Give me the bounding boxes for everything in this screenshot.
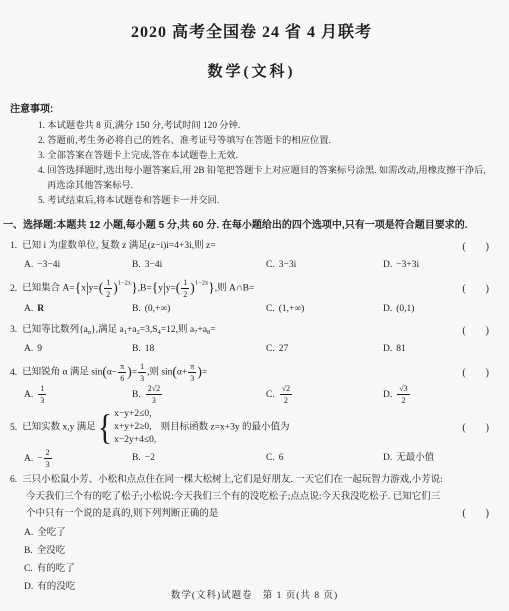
math-text: = <box>202 368 207 378</box>
math-text: = <box>210 325 215 335</box>
math-fraction: 12 <box>104 278 112 299</box>
math-text: 全吃了 <box>37 528 66 538</box>
math-fraction: 12 <box>181 278 189 299</box>
option: B.2√23 <box>132 384 266 405</box>
option-content: (0,1) <box>396 304 414 314</box>
math-text: α− <box>107 368 117 378</box>
bracket-close: ) <box>486 238 489 255</box>
bracket-close: ) <box>486 419 489 436</box>
exam-paper-page: 2020 高考全国卷 24 省 4 月联考 数学(文科) 注意事项: 1. 本试… <box>0 0 509 611</box>
option-label: B. <box>132 304 141 314</box>
fraction-numerator: √3 <box>397 384 409 395</box>
question: 4.已知锐角 α 满足 sin(α−π6)=13,则 sin(α+π3)=()A… <box>10 362 493 405</box>
math-text: =12,则 a <box>161 325 194 335</box>
option: B.−2 <box>132 449 266 468</box>
fraction-numerator: π <box>188 362 196 373</box>
option-content: 2√23 <box>145 390 163 400</box>
fraction-numerator: 1 <box>181 278 189 289</box>
bracket-open: ( <box>462 505 465 522</box>
option-content: 有的吃了 <box>37 564 75 574</box>
math-text-bold: R <box>37 304 44 314</box>
math-text: = <box>132 368 137 378</box>
option-content: 全没吃 <box>37 546 66 556</box>
option-row: A.全吃了B.全没吃C.有的吃了D.有的没吃 <box>10 524 493 596</box>
fraction-numerator: 1 <box>104 278 112 289</box>
question: 5.已知实数 x,y 满足{x−y+2≤0,x+y+2≥0,x−2y+4≤0, … <box>10 408 493 469</box>
option-content: −3−4i <box>37 260 60 270</box>
bracket-open: ( <box>462 419 465 436</box>
fraction-numerator: π <box>118 362 126 373</box>
math-text: −2 <box>145 453 155 463</box>
fraction-denominator: 2 <box>183 289 187 299</box>
fraction-numerator: √2 <box>280 384 292 395</box>
bracket-open: ( <box>462 322 465 339</box>
question-stem: 2.已知集合 A={x|y=(12)1−2x},B={y|y=(12)1−2x}… <box>10 278 493 299</box>
option-label: B. <box>132 260 141 270</box>
math-text: ,则 A∩B= <box>215 284 255 294</box>
math-text: 18 <box>145 344 155 354</box>
option: B.全没吃 <box>24 542 270 560</box>
option-label: C. <box>266 453 275 463</box>
math-text: },满足 a <box>91 325 124 335</box>
math-text: (0,+∞) <box>145 304 171 314</box>
fraction-denominator: 3 <box>140 373 144 383</box>
math-text: y= <box>89 284 99 294</box>
notice-item: 3. 全部答案在答题卡上完成,答在本试题卷上无效. <box>10 149 493 164</box>
option: A.全吃了 <box>24 524 270 542</box>
math-cases: {x−y+2≤0,x+y+2≥0,x−2y+4≤0, <box>98 408 156 447</box>
math-fraction: π3 <box>188 362 196 383</box>
question-number: 3. <box>10 325 17 335</box>
question-number: 6. <box>10 475 17 485</box>
option-content: √32 <box>396 390 410 400</box>
option: C.3−3i <box>266 256 383 275</box>
question-stem: 3.已知等比数列{an},满足 a1+a2=3,S4=12,则 a7+a8=() <box>10 322 493 339</box>
option-content: 全吃了 <box>37 528 66 538</box>
math-text: 81 <box>396 344 406 354</box>
option: D.√32 <box>383 384 493 405</box>
notice-item: 5. 考试结束后,将本试题卷和答题卡一并交回. <box>10 194 493 209</box>
option-label: A. <box>24 304 33 314</box>
bracket-open: ( <box>462 280 465 297</box>
option: D.无最小值 <box>383 449 493 468</box>
option-content: −2 <box>145 453 155 463</box>
option: B.(0,+∞) <box>132 300 266 319</box>
math-delimiter: ( <box>176 280 181 295</box>
question-number: 5. <box>10 423 17 433</box>
page-footer: 数学(文科)试题卷 第 1 页(共 8 页) <box>0 587 509 601</box>
math-text: α+ <box>177 368 187 378</box>
option: B.3−4i <box>132 256 266 275</box>
option-row: A.−23B.−2C.6D.无最小值 <box>10 448 493 469</box>
option-label: D. <box>383 390 392 400</box>
math-text: (0,1) <box>396 304 414 314</box>
math-text: +a <box>127 325 137 335</box>
option-content: 6 <box>279 453 284 463</box>
answer-bracket: () <box>462 364 489 381</box>
fraction-numerator: 2√2 <box>146 384 162 395</box>
option-content: 3−3i <box>279 260 297 270</box>
option-label: A. <box>24 528 33 538</box>
option: C.6 <box>266 449 383 468</box>
fraction-denominator: 2 <box>106 289 110 299</box>
option: C.有的吃了 <box>24 560 270 578</box>
option: B.18 <box>132 340 266 359</box>
notice-item: 1. 本试题卷共 8 页,满分 150 分,考试时间 120 分钟. <box>10 119 493 134</box>
fraction-numerator: 2 <box>44 448 52 459</box>
cases-lines: x−y+2≤0,x+y+2≥0,x−2y+4≤0, <box>114 408 156 447</box>
math-delimiter: ( <box>99 280 104 295</box>
fraction-numerator: 1 <box>38 384 46 395</box>
math-text: 则目标函数 z=x+3y 的最小值为 <box>158 423 289 433</box>
option-content: 13 <box>37 390 47 400</box>
notice-item: 2. 答题前,考生务必将自己的姓名、准考证号等填写在答题卡的相应位置. <box>10 134 493 149</box>
cases-line: x−y+2≤0, <box>114 408 156 421</box>
fraction-denominator: 2 <box>401 395 405 405</box>
option-label: C. <box>266 344 275 354</box>
option-row: A.9B.18C.27D.81 <box>10 340 493 359</box>
math-superscript: 1−2x <box>118 280 131 287</box>
math-text: 三只小松鼠小芳、小松和点点住在同一棵大松树上,它们是好朋友. 一天它们在一起玩智… <box>22 475 443 519</box>
notice-list: 1. 本试题卷共 8 页,满分 150 分,考试时间 120 分钟.2. 答题前… <box>10 119 493 209</box>
math-fraction: 23 <box>44 448 52 469</box>
fraction-denominator: 3 <box>46 459 50 469</box>
math-text: 已知锐角 α 满足 sin <box>22 368 102 378</box>
exam-title: 2020 高考全国卷 24 省 4 月联考 <box>10 19 493 42</box>
math-text: 3−4i <box>145 260 163 270</box>
option: C.(1,+∞) <box>266 300 383 319</box>
fraction-denominator: 3 <box>40 395 44 405</box>
math-fraction: √22 <box>280 384 292 405</box>
option-content: 18 <box>145 344 155 354</box>
option-content: √22 <box>279 390 293 400</box>
section-heading: 一、选择题:本题共 12 小题,每小题 5 分,共 60 分. 在每小题给出的四… <box>3 218 493 234</box>
option-content: (1,+∞) <box>279 304 305 314</box>
fraction-denominator: 3 <box>190 373 194 383</box>
question-stem: 1.已知 i 为虚数单位, 复数 z 满足(z−i)i=4+3i,则 z=() <box>10 238 493 255</box>
fraction-denominator: 6 <box>120 373 124 383</box>
question: 2.已知集合 A={x|y=(12)1−2x},B={y|y=(12)1−2x}… <box>10 278 493 319</box>
option: C.27 <box>266 340 383 359</box>
math-fraction: 13 <box>138 362 146 383</box>
option-label: B. <box>132 390 141 400</box>
question-number: 1. <box>10 241 17 251</box>
answer-bracket: () <box>462 322 489 339</box>
fraction-denominator: 2 <box>284 395 288 405</box>
option-content: (0,+∞) <box>145 304 171 314</box>
math-text: 无最小值 <box>396 453 434 463</box>
question: 6.三只小松鼠小芳、小松和点点住在同一棵大松树上,它们是好朋友. 一天它们在一起… <box>10 472 493 596</box>
math-text: =3,S <box>140 325 158 335</box>
question-stem: 4.已知锐角 α 满足 sin(α−π6)=13,则 sin(α+π3)=() <box>10 362 493 383</box>
answer-bracket: () <box>462 505 489 522</box>
cases-line: x−2y+4≤0, <box>114 434 156 447</box>
math-text: −3−4i <box>37 260 60 270</box>
option-label: C. <box>24 564 33 574</box>
option-content: −23 <box>37 454 52 464</box>
option-label: B. <box>132 344 141 354</box>
option: D.(0,1) <box>383 300 493 319</box>
option: A.−3−4i <box>24 256 132 275</box>
option-label: D. <box>383 304 392 314</box>
question-stem: 6.三只小松鼠小芳、小松和点点住在同一棵大松树上,它们是好朋友. 一天它们在一起… <box>10 472 493 523</box>
question-number: 2. <box>10 284 17 294</box>
option-label: A. <box>24 260 33 270</box>
math-text: ,B= <box>138 284 152 294</box>
option-content: 3−4i <box>145 260 163 270</box>
question-stem: 5.已知实数 x,y 满足{x−y+2≤0,x+y+2≥0,x−2y+4≤0, … <box>10 408 493 447</box>
option: D.−3+3i <box>383 256 493 275</box>
option-label: A. <box>24 454 33 464</box>
fraction-numerator: 1 <box>138 362 146 373</box>
bracket-open: ( <box>462 364 465 381</box>
bracket-open: ( <box>462 238 465 255</box>
math-fraction: π6 <box>118 362 126 383</box>
option: A.R <box>24 300 132 319</box>
option: A.−23 <box>24 448 132 469</box>
option-content: −3+3i <box>396 260 419 270</box>
answer-bracket: () <box>462 238 489 255</box>
option-content: 27 <box>279 344 289 354</box>
question: 1.已知 i 为虚数单位, 复数 z 满足(z−i)i=4+3i,则 z=()A… <box>10 238 493 275</box>
bracket-close: ) <box>486 280 489 297</box>
option-label: C. <box>266 260 275 270</box>
math-text: 已知集合 A= <box>22 284 75 294</box>
option: A.13 <box>24 384 132 405</box>
option: A.9 <box>24 340 132 359</box>
math-text: 已知等比数列{a <box>22 325 88 335</box>
option-label: D. <box>383 344 392 354</box>
question-number: 4. <box>10 368 17 378</box>
option-row: A.13B.2√23C.√22D.√32 <box>10 384 493 405</box>
fraction-denominator: 3 <box>152 395 156 405</box>
answer-bracket: () <box>462 280 489 297</box>
math-text: 有的吃了 <box>37 564 75 574</box>
bracket-close: ) <box>486 322 489 339</box>
option-label: A. <box>24 344 33 354</box>
math-fraction: 13 <box>38 384 46 405</box>
math-superscript: 1−2x <box>195 280 208 287</box>
bracket-close: ) <box>486 364 489 381</box>
question-list: 1.已知 i 为虚数单位, 复数 z 满足(z−i)i=4+3i,则 z=()A… <box>10 238 493 596</box>
math-text: 3−3i <box>279 260 297 270</box>
option-label: D. <box>383 260 392 270</box>
option-label: C. <box>266 390 275 400</box>
math-text: 6 <box>279 453 284 463</box>
math-text: − <box>37 454 42 464</box>
question: 3.已知等比数列{an},满足 a1+a2=3,S4=12,则 a7+a8=()… <box>10 322 493 359</box>
notice-item: 4. 回答选择题时,选出每小题答案后,用 2B 铅笔把答题卡上对应题目的答案标号… <box>10 164 493 194</box>
math-fraction: 2√23 <box>146 384 162 405</box>
math-text: 9 <box>37 344 42 354</box>
notice-heading: 注意事项: <box>10 100 493 115</box>
left-brace-glyph: { <box>98 410 112 446</box>
option-content: 9 <box>37 344 42 354</box>
option-content: 81 <box>396 344 406 354</box>
option-label: B. <box>24 546 33 556</box>
option-label: A. <box>24 390 33 400</box>
answer-bracket: () <box>462 419 489 436</box>
option-label: B. <box>132 453 141 463</box>
option: D.81 <box>383 340 493 359</box>
math-text: 27 <box>279 344 289 354</box>
math-fraction: √32 <box>397 384 409 405</box>
math-text: (1,+∞) <box>279 304 305 314</box>
math-text: +a <box>197 325 207 335</box>
math-text: ,则 sin <box>147 368 172 378</box>
cases-line: x+y+2≥0, <box>114 421 156 434</box>
option-row: A.RB.(0,+∞)C.(1,+∞)D.(0,1) <box>10 300 493 319</box>
option: C.√22 <box>266 384 383 405</box>
option-label: C. <box>266 304 275 314</box>
math-text: 已知实数 x,y 满足 <box>22 423 96 433</box>
math-text: −3+3i <box>396 260 419 270</box>
math-text: 全没吃 <box>37 546 66 556</box>
exam-subtitle: 数学(文科) <box>10 60 493 81</box>
option-row: A.−3−4iB.3−4iC.3−3iD.−3+3i <box>10 256 493 275</box>
option-label: D. <box>383 453 392 463</box>
bracket-close: ) <box>486 505 489 522</box>
option-content: R <box>37 304 44 314</box>
math-text: y= <box>166 284 176 294</box>
math-text: 已知 i 为虚数单位, 复数 z 满足(z−i)i=4+3i,则 z= <box>22 241 215 251</box>
option-content: 无最小值 <box>396 453 434 463</box>
